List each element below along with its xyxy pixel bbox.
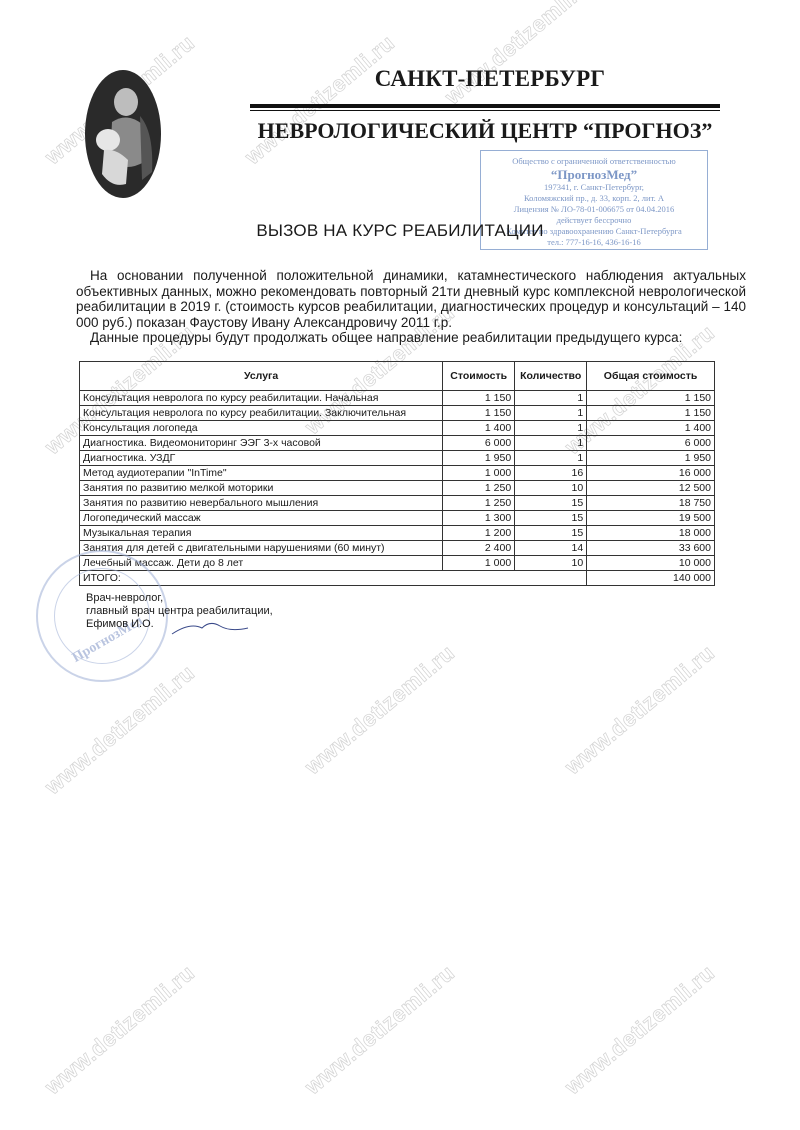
- service-total: 18 000: [587, 526, 715, 541]
- service-total: 6 000: [587, 436, 715, 451]
- service-name: Диагностика. Видеомониторинг ЭЭГ 3-х час…: [80, 436, 443, 451]
- service-quantity: 10: [515, 556, 587, 571]
- service-name: Музыкальная терапия: [80, 526, 443, 541]
- service-total: 16 000: [587, 466, 715, 481]
- header-service: Услуга: [80, 362, 443, 391]
- service-total: 1 950: [587, 451, 715, 466]
- service-price: 1 300: [443, 511, 515, 526]
- table-total-row: ИТОГО: 140 000: [80, 571, 715, 586]
- table-row: Метод аудиотерапии "InTime"1 0001616 000: [80, 466, 715, 481]
- service-quantity: 1: [515, 406, 587, 421]
- table-body: Консультация невролога по курсу реабилит…: [80, 391, 715, 571]
- service-quantity: 1: [515, 391, 587, 406]
- paragraph-recommendation: На основании полученной положительной ди…: [76, 268, 746, 330]
- table-row: Лечебный массаж. Дети до 8 лет1 0001010 …: [80, 556, 715, 571]
- table-row: Занятия по развитию мелкой моторики1 250…: [80, 481, 715, 496]
- stamp-line: 197341, г. Санкт-Петербург,: [481, 182, 707, 193]
- service-price: 1 150: [443, 406, 515, 421]
- service-name: Занятия по развитию невербального мышлен…: [80, 496, 443, 511]
- signer-title: главный врач центра реабилитации,: [86, 605, 273, 618]
- header-quantity: Количество: [515, 362, 587, 391]
- services-table: Услуга Стоимость Количество Общая стоимо…: [79, 361, 715, 586]
- service-name: Занятия по развитию мелкой моторики: [80, 481, 443, 496]
- document-body: На основании полученной положительной ди…: [76, 268, 746, 346]
- stamp-line: Общество с ограниченной ответственностью: [481, 156, 707, 167]
- service-name: Консультация логопеда: [80, 421, 443, 436]
- header-rule-thick: [250, 104, 720, 108]
- watermark-text: www.detizemli.ru: [240, 30, 400, 170]
- service-name: Логопедический массаж: [80, 511, 443, 526]
- table-row: Диагностика. УЗДГ1 95011 950: [80, 451, 715, 466]
- service-total: 12 500: [587, 481, 715, 496]
- signer-position: Врач-невролог,: [86, 592, 273, 605]
- watermark-text: www.detizemli.ru: [300, 640, 460, 780]
- header-total: Общая стоимость: [587, 362, 715, 391]
- service-price: 1 250: [443, 481, 515, 496]
- watermark-text: www.detizemli.ru: [300, 960, 460, 1100]
- stamp-line: Коломяжский пр., д. 33, корп. 2, лит. А: [481, 193, 707, 204]
- table-row: Занятия по развитию невербального мышлен…: [80, 496, 715, 511]
- header-center-name: НЕВРОЛОГИЧЕСКИЙ ЦЕНТР “ПРОГНОЗ”: [250, 118, 720, 144]
- total-value: 140 000: [587, 571, 715, 586]
- table-row: Занятия для детей с двигательными наруше…: [80, 541, 715, 556]
- table-header-row: Услуга Стоимость Количество Общая стоимо…: [80, 362, 715, 391]
- service-name: Занятия для детей с двигательными наруше…: [80, 541, 443, 556]
- service-total: 1 150: [587, 391, 715, 406]
- service-quantity: 15: [515, 496, 587, 511]
- service-price: 1 400: [443, 421, 515, 436]
- table-row: Логопедический массаж1 3001519 500: [80, 511, 715, 526]
- service-quantity: 1: [515, 451, 587, 466]
- header-rule-thin: [250, 110, 720, 111]
- table-row: Консультация невролога по курсу реабилит…: [80, 406, 715, 421]
- service-quantity: 10: [515, 481, 587, 496]
- service-quantity: 14: [515, 541, 587, 556]
- document-title: ВЫЗОВ НА КУРС РЕАБИЛИТАЦИИ: [0, 221, 800, 241]
- service-quantity: 1: [515, 421, 587, 436]
- service-quantity: 16: [515, 466, 587, 481]
- paragraph-direction: Данные процедуры будут продолжать общее …: [76, 330, 746, 346]
- table-row: Музыкальная терапия1 2001518 000: [80, 526, 715, 541]
- service-quantity: 1: [515, 436, 587, 451]
- service-price: 1 250: [443, 496, 515, 511]
- service-total: 19 500: [587, 511, 715, 526]
- service-total: 18 750: [587, 496, 715, 511]
- service-total: 10 000: [587, 556, 715, 571]
- table-row: Консультация логопеда1 40011 400: [80, 421, 715, 436]
- service-price: 1 000: [443, 466, 515, 481]
- madonna-and-child-logo-icon: [82, 62, 164, 202]
- handwritten-signature-icon: [170, 618, 250, 638]
- service-name: Консультация невролога по курсу реабилит…: [80, 391, 443, 406]
- watermark-text: www.detizemli.ru: [440, 0, 600, 110]
- service-price: 1 200: [443, 526, 515, 541]
- table-row: Диагностика. Видеомониторинг ЭЭГ 3-х час…: [80, 436, 715, 451]
- watermark-text: www.detizemli.ru: [40, 660, 200, 800]
- header-price: Стоимость: [443, 362, 515, 391]
- service-quantity: 15: [515, 511, 587, 526]
- service-total: 1 150: [587, 406, 715, 421]
- service-name: Метод аудиотерапии "InTime": [80, 466, 443, 481]
- service-price: 2 400: [443, 541, 515, 556]
- watermark-text: www.detizemli.ru: [560, 960, 720, 1100]
- stamp-line: Лицензия № ЛО-78-01-006675 от 04.04.2016: [481, 204, 707, 215]
- service-name: Консультация невролога по курсу реабилит…: [80, 406, 443, 421]
- table-row: Консультация невролога по курсу реабилит…: [80, 391, 715, 406]
- service-price: 1 950: [443, 451, 515, 466]
- service-price: 1 000: [443, 556, 515, 571]
- service-total: 33 600: [587, 541, 715, 556]
- watermark-text: www.detizemli.ru: [560, 640, 720, 780]
- service-quantity: 15: [515, 526, 587, 541]
- stamp-org-name: “ПрогнозМед”: [481, 167, 707, 182]
- service-name: Диагностика. УЗДГ: [80, 451, 443, 466]
- service-price: 1 150: [443, 391, 515, 406]
- watermark-text: www.detizemli.ru: [40, 960, 200, 1100]
- service-price: 6 000: [443, 436, 515, 451]
- service-total: 1 400: [587, 421, 715, 436]
- header-city: САНКТ-ПЕТЕРБУРГ: [260, 66, 720, 92]
